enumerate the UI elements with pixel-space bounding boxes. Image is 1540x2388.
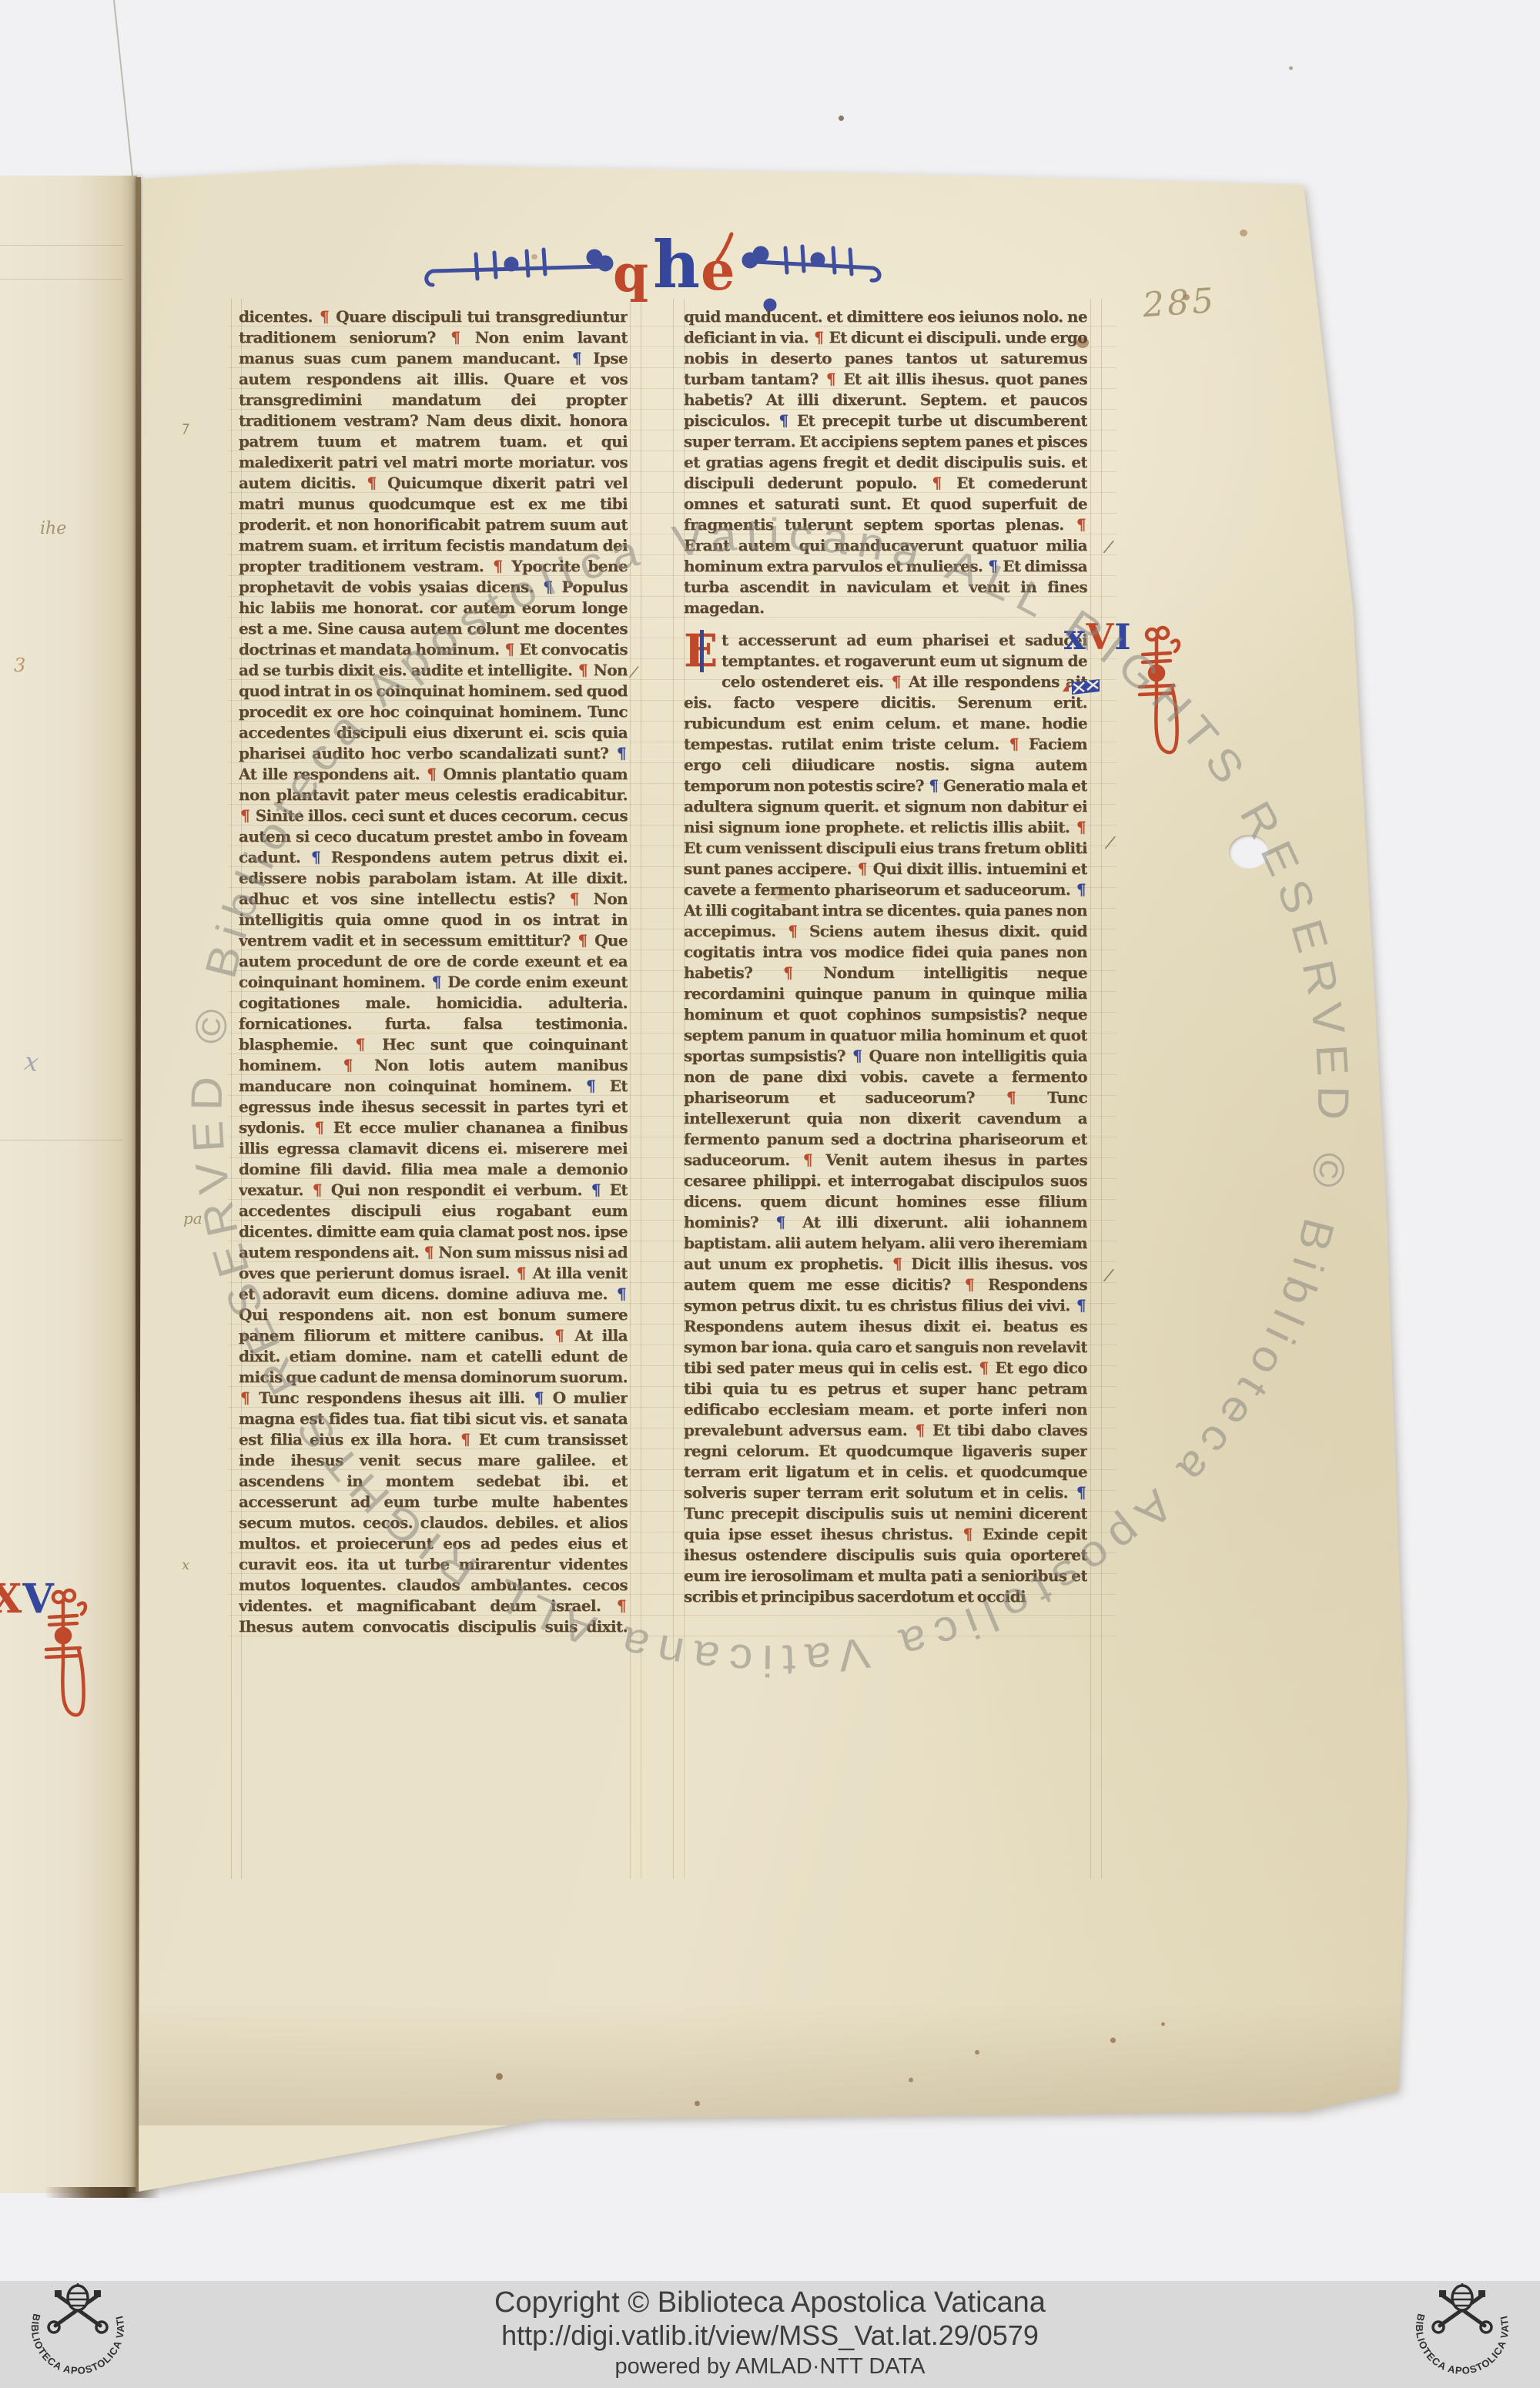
paraph-mark: ¶ [803,1150,812,1169]
paraph-mark: ¶ [814,328,823,347]
paraph-mark: ¶ [965,1275,974,1294]
folio-number: 285 [1141,281,1217,326]
paraph-mark: ¶ [1009,735,1019,753]
marker-char: I [1114,616,1132,658]
paraph-mark: ¶ [534,1388,544,1407]
paraph-mark: ¶ [240,1388,249,1407]
text-column-right-chapter-16: Et accesserunt ad eum pharisei et saduce… [684,630,1087,1636]
footer-copyright: Copyright © Biblioteca Apostolica Vatica… [231,2286,1309,2319]
paraph-mark: ¶ [963,1525,973,1543]
text-column-right-pre-chapter: quid manducent. et dimittere eos ieiunos… [684,306,1087,629]
ruling-vertical [673,299,674,1879]
running-title-letter: q [613,243,648,303]
paraph-mark: ¶ [929,776,938,795]
speck [1289,66,1293,70]
chapter-16-text: t accesserunt ad eum pharisei et saducei… [684,631,1087,1606]
speck [839,116,844,121]
marker-char: X [0,1576,22,1623]
paraph-mark: ¶ [504,640,514,658]
paraph-mark: ¶ [460,1430,470,1449]
paraph-mark: ¶ [617,1596,626,1615]
vatican-library-logo: BIBLIOTECA APOSTOLICA VATICANA [12,2282,143,2387]
footer-powered-by: powered by AMLAD·NTT DATA [231,2352,1309,2381]
vatican-library-logo: BIBLIOTECA APOSTOLICA VATICANA [1397,2282,1528,2387]
paraph-mark: ¶ [493,557,502,575]
ruling-vertical [1090,299,1091,1879]
footer-url: http://digi.vatlib.it/view/MSS_Vat.lat.2… [231,2319,1309,2352]
paraph-mark: ¶ [577,931,587,950]
running-title: q h e [422,228,884,319]
paraph-mark: ¶ [424,1243,434,1261]
paraph-mark: ¶ [979,1358,988,1377]
paraph-mark: ¶ [355,1035,364,1053]
stain [909,2078,913,2082]
margin-note: 3 [14,655,25,676]
paraph-mark: ¶ [314,1118,323,1137]
margin-note: ihe [40,519,66,538]
paraph-mark: ¶ [775,1213,785,1231]
paraph-flourish-xv [40,1588,88,1731]
footer-text: Copyright © Biblioteca Apostolica Vatica… [231,2286,1309,2381]
paraph-mark: ¶ [427,765,436,783]
paraph-mark: ¶ [932,474,941,492]
margin-note: x [182,1557,189,1573]
paraph-mark: ¶ [1076,880,1086,899]
paraph-mark: ¶ [450,328,460,347]
stain [1240,229,1247,236]
paraph-mark: ¶ [915,1421,924,1439]
ruling-vertical [231,299,232,1879]
parchment-hole [1229,835,1269,869]
ruling-vertical [630,299,631,1879]
stain [695,2101,700,2106]
manuscript-scan-viewer: q h e 285 dicentes. ¶ Quare discipuli tu… [0,0,1540,2388]
paraph-mark: ¶ [826,370,835,388]
paraph-mark: ¶ [1006,1088,1016,1107]
paraph-mark: ¶ [320,307,329,326]
paraph-mark: ¶ [788,922,797,940]
line-filler-ornament [1061,678,1101,698]
paraph-mark: ¶ [852,1047,862,1065]
running-title-letter: e [701,239,735,303]
paraph-mark: ¶ [892,1254,902,1273]
paraph-mark: ¶ [783,963,792,982]
marker-char: x [1064,616,1086,658]
paraph-mark: ¶ [570,889,579,908]
paraph-mark: ¶ [313,1181,322,1199]
paraph-mark: ¶ [543,578,552,596]
paraph-mark: ¶ [311,848,320,866]
paraph-mark: ¶ [432,973,441,991]
paraph-mark: ¶ [572,349,581,367]
ruling-vertical [1101,299,1102,1879]
stain [975,2050,979,2055]
stain [1161,2022,1165,2026]
paraph-mark: ¶ [591,1181,601,1199]
chapter-initial: E [684,631,718,672]
paraph-mark: ¶ [578,661,588,679]
text-column-left: dicentes. ¶ Quare discipuli tui transgre… [239,306,628,1636]
paraph-mark: ¶ [343,1056,353,1074]
margin-note: ⁊ [180,417,188,436]
chapter-marker-xvi: xVI [1064,616,1132,658]
paraph-mark: ¶ [617,1284,626,1303]
paraph-mark: ¶ [1076,818,1086,836]
paraph-mark: ¶ [1076,1483,1086,1502]
stain [496,2073,503,2080]
paraph-mark: ¶ [367,474,376,492]
paraph-mark: ¶ [1076,515,1086,534]
paraph-mark: ¶ [778,411,788,430]
ruling-vertical [641,299,641,1879]
paraph-mark: ¶ [892,672,901,691]
paraph-mark: ¶ [1076,1296,1086,1315]
margin-note: pa [183,1209,203,1227]
stain [1110,2038,1116,2043]
paraph-mark: ¶ [240,806,249,825]
paraph-mark: ¶ [617,744,626,762]
paraph-mark: ¶ [586,1077,595,1095]
paraph-mark: ¶ [988,557,997,575]
paraph-flourish-xvi [1133,625,1181,769]
parchment-wrap: q h e 285 dicentes. ¶ Quare discipuli tu… [0,0,1540,2388]
dropcap-bar [700,630,704,672]
marker-char: V [1086,616,1114,658]
paraph-mark: ¶ [517,1264,526,1282]
manuscript-page: q h e 285 dicentes. ¶ Quare discipuli tu… [0,0,1540,2388]
footer-bar: BIBLIOTECA APOSTOLICA VATICANA Copyright… [0,2281,1540,2388]
paraph-mark: ¶ [554,1326,564,1345]
paraph-mark: ¶ [858,859,867,878]
running-title-letter: h [653,226,700,303]
